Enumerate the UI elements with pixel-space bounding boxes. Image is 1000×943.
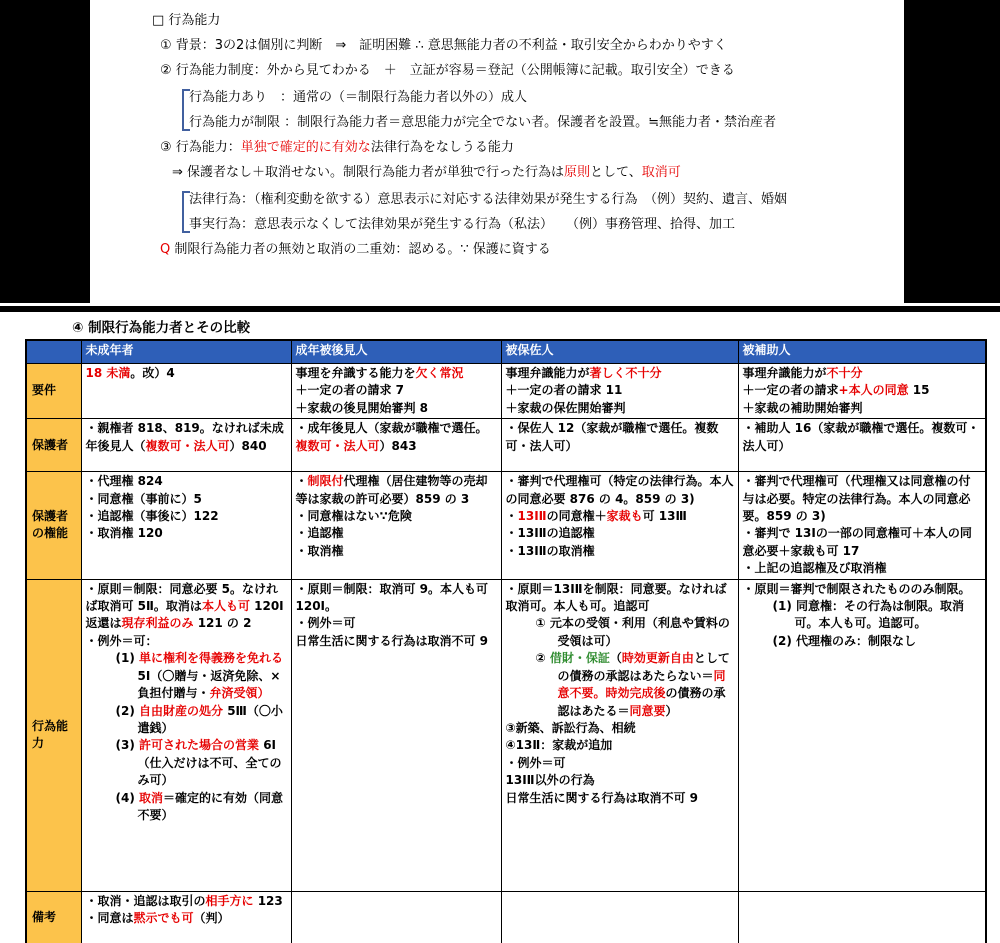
note-line: □ 行為能力 [152,8,787,33]
text-segment: ）843 [380,439,417,453]
table-cell [738,891,986,943]
cell-line: ・13ⅠⅡの追認権 [506,525,734,542]
cell-line: 事理弁識能力が不十分 [743,365,982,382]
table-cell: ・審判で代理権可（特定の法律行為。本人の同意必要 876 の 4。859 の 3… [501,472,738,579]
cell-line: (4) 取消＝確定的に有効（同意不要） [138,790,287,825]
highlighted-text: 本人も可 [202,599,250,613]
table-cell: ・補助人 16（家裁が職権で選任。複数可・法人可） [738,419,986,472]
text-segment: ⇒ 保護者なし＋取消せない。制限行為能力者が単独で行った行為は [172,165,564,180]
cell-line: 18 未満。改）4 [86,365,287,382]
cell-line: ④13Ⅱ：家裁が追加 [506,737,734,754]
text-segment: 法律行為をなしうる能力 [371,140,514,155]
text-segment: 法律行為：（権利変動を欲する）意思表示に対応する法律効果が発生する行為 （例）契… [189,192,787,207]
text-segment: 行為能力が制限 ：制限行為能力者＝意思能力が完全でない者。保護者を設置。≒無能力… [189,115,776,130]
table-row: 保護者・親権者 818、819。なければ未成年後見人（複数可・法人可）840・成… [26,419,986,472]
highlighted-text: 同意要 [630,704,666,718]
text-segment: ・同意は [86,911,134,925]
cell-line: (2) 代理権のみ：制限なし [795,633,982,650]
highlighted-text: 借財・保証 [550,651,610,665]
highlighted-text: 複数可・法人可 [296,439,380,453]
corner-header [26,340,81,364]
cell-line: 日常生活に関する行為は取消不可 9 [296,633,497,650]
highlighted-text: 自由財産の処分 [139,704,223,718]
highlighted-text: 原則 [564,165,590,180]
cell-line: ＋家裁の補助開始審判 [743,400,982,417]
text-segment: ・審判で代理権可（特定の法律行為。本人の同意必要 876 の 4。859 の 3… [506,474,734,505]
text-segment: (2) [116,704,140,718]
text-segment: 事理弁識能力が [743,366,827,380]
table-row: 要件18 未満。改）4事理を弁識する能力を欠く常況＋一定の者の請求 7＋家裁の後… [26,364,986,419]
text-segment: ・同意権（事前に）5 [86,492,202,506]
table-row: 保護者の権能・代理権 824・同意権（事前に）5・追認権（事後に）122・取消権… [26,472,986,579]
cell-line: ・成年後見人（家裁が職権で選任。複数可・法人可）843 [296,420,497,455]
text-segment: 日常生活に関する行為は取消不可 9 [296,634,489,648]
highlighted-text: 弁済受領） [210,686,270,700]
cell-line: ・審判で 13Ⅰの一部の同意権可＋本人の同意必要＋家裁も可 17 [743,525,982,560]
text-segment: ・原則＝13ⅠⅡを制限：同意要。なければ取消可。本人も可。追認可 [506,582,727,613]
highlighted-text: 取消 [139,791,163,805]
text-segment: として、 [590,165,642,180]
cell-line: ・追認権（事後に）122 [86,508,287,525]
text-segment: 事実行為：意思表示なくして法律効果が発生する行為（私法） （例）事務管理、拾得、… [189,217,735,232]
cell-line: ・保佐人 12（家裁が職権で選任。複数可・法人可） [506,420,734,455]
cell-line: ・原則＝13ⅠⅡを制限：同意要。なければ取消可。本人も可。追認可 [506,581,734,616]
text-segment: ・上記の追認権及び取消権 [743,561,887,575]
text-segment: 行為能力あり ：通常の（＝制限行為能力者以外の）成人 [189,90,527,105]
table-cell [291,891,501,943]
cell-line: ・同意権はない∵危険 [296,508,497,525]
cell-line: ・13ⅠⅡの同意権＋家裁も可 13Ⅲ [506,508,734,525]
cell-line: ① 元本の受領・利用（利息や賃料の受領は可） [558,615,734,650]
cell-line: ・例外＝可 [296,615,497,632]
comparison-table-body: 未成年者成年被後見人被保佐人被補助人要件18 未満。改）4事理を弁識する能力を欠… [26,340,986,943]
text-segment: ＋家裁の保佐開始審判 [506,401,626,415]
text-segment: 事理を弁識する能力を [296,366,416,380]
row-label: 備考 [26,891,81,943]
highlighted-text: 現存利益のみ [122,616,194,630]
column-header: 被保佐人 [501,340,738,364]
highlighted-text: Q [160,242,174,257]
highlighted-text: 欠く常況 [416,366,464,380]
text-segment: （ [610,651,622,665]
table-cell: ・成年後見人（家裁が職権で選任。複数可・法人可）843 [291,419,501,472]
column-header: 被補助人 [738,340,986,364]
note-line: ① 背景：3の2は個別に判断 ⇒ 証明困難 ∴ 意思無能力者の不利益・取引安全か… [160,33,787,58]
table-row: 備考・取消・追認は取引の相手方に 123・同意は黙示でも可（判） [26,891,986,943]
text-segment: ・追認権 [296,526,344,540]
text-segment: ・取消権 120 [86,526,163,540]
highlighted-text: 相手方に [206,894,254,908]
cell-line: (3) 許可された場合の営業 6Ⅰ（仕入だけは不可、全てのみ可） [138,737,287,789]
text-segment: ・審判で代理権可（代理権又は同意権の付与は必要。特定の法律行為。本人の同意必要。… [743,474,971,523]
text-segment: ） [666,704,678,718]
highlighted-text: +本人の同意 [839,383,909,397]
cell-line: ・取消・追認は取引の相手方に 123 [86,893,287,910]
row-label: 行為能力 [26,579,81,891]
text-segment: ① 元本の受領・利用（利息や賃料の受領は可） [536,616,730,647]
text-segment: ② [536,651,550,665]
cell-line: ・取消権 120 [86,525,287,542]
table-cell: ・原則＝審判で制限されたもののみ制限。(1) 同意権：その行為は制限。取消可。本… [738,579,986,891]
text-segment: ③新築、訴訟行為、相続 [506,721,636,735]
table-caption: ④ 制限行為能力者とその比較 [72,316,250,336]
cell-line: ・補助人 16（家裁が職権で選任。複数可・法人可） [743,420,982,455]
text-segment: ・例外＝可： [86,634,158,648]
cell-line: ③新築、訴訟行為、相続 [506,720,734,737]
table-cell: ・制限付代理権（居住建物等の売却等は家裁の許可必要）859 の 3・同意権はない… [291,472,501,579]
text-segment: ③ 行為能力： [160,140,241,155]
text-segment: ・保佐人 12（家裁が職権で選任。複数可・法人可） [506,421,719,452]
cell-line: ＋家裁の保佐開始審判 [506,400,734,417]
text-segment: ① 背景：3の2は個別に判断 ⇒ 証明困難 ∴ 意思無能力者の不利益・取引安全か… [160,38,727,53]
text-segment: (4) [116,791,140,805]
cell-line: ＋一定の者の請求 11 [506,382,734,399]
cell-line: ・例外＝可 [506,755,734,772]
row-label: 保護者 [26,419,81,472]
cell-line: ＋一定の者の請求 7 [296,382,497,399]
cell-line: ・例外＝可： [86,633,287,650]
cell-line: ・13ⅠⅡの取消権 [506,543,734,560]
text-segment: ・取消・追認は取引の [86,894,206,908]
highlighted-text: 取消可 [642,165,681,180]
text-segment: (3) [116,738,140,752]
cell-line: 事理弁識能力が著しく不十分 [506,365,734,382]
text-segment: ・取消権 [296,544,344,558]
text-segment: の同意権＋ [547,509,607,523]
text-segment: 123 [254,894,283,908]
note-line: 事実行為：意思表示なくして法律効果が発生する行為（私法） （例）事務管理、拾得、… [189,212,787,237]
comparison-table: 未成年者成年被後見人被保佐人被補助人要件18 未満。改）4事理を弁識する能力を欠… [25,339,987,943]
highlighted-text: 著しく不十分 [590,366,662,380]
cell-line: ・審判で代理権可（特定の法律行為。本人の同意必要 876 の 4。859 の 3… [506,473,734,508]
cell-line: ・原則＝制限：取消可 9。本人も可 120Ⅰ。 [296,581,497,616]
cell-line: (1) 単に権利を得義務を免れる 5Ⅰ（〇贈与・返済免除、×負担付贈与・弁済受領… [138,650,287,702]
note-line: ⇒ 保護者なし＋取消せない。制限行為能力者が単独で行った行為は原則として、取消可 [172,160,787,185]
cell-line: ・取消権 [296,543,497,560]
cell-line: 日常生活に関する行為は取消不可 9 [506,790,734,807]
text-segment: ＋一定の者の請求 [743,383,839,397]
highlighted-text: 単に権利を得義務を免れる [139,651,283,665]
text-segment: （判） [194,911,230,925]
row-label: 保護者の権能 [26,472,81,579]
table-cell: ・代理権 824・同意権（事前に）5・追認権（事後に）122・取消権 120 [81,472,291,579]
table-cell: ・保佐人 12（家裁が職権で選任。複数可・法人可） [501,419,738,472]
text-segment: 121 の 2 [194,616,252,630]
column-header: 成年被後見人 [291,340,501,364]
bracket-group: 行為能力あり ：通常の（＝制限行為能力者以外の）成人行為能力が制限 ：制限行為能… [182,85,787,135]
text-segment: ・追認権（事後に）122 [86,509,219,523]
text-segment: ② 行為能力制度：外から見てわかる ＋ 立証が容易＝登記（公開帳簿に記載。取引安… [160,63,735,78]
text-segment: ・13ⅠⅡの取消権 [506,544,595,558]
table-row: 行為能力・原則＝制限：同意必要 5。なければ取消可 5Ⅱ。取消は本人も可 120… [26,579,986,891]
table-cell: ・審判で代理権可（代理権又は同意権の付与は必要。特定の法律行為。本人の同意必要。… [738,472,986,579]
text-segment: ・同意権はない∵危険 [296,509,412,523]
text-segment: 返還は [86,616,122,630]
row-label: 要件 [26,364,81,419]
table-cell: ・原則＝13ⅠⅡを制限：同意要。なければ取消可。本人も可。追認可① 元本の受領・… [501,579,738,891]
cell-line: (1) 同意権：その行為は制限。取消可。本人も可。追認可。 [795,598,982,633]
text-segment: 120Ⅰ [250,599,284,613]
text-segment: ④13Ⅱ：家裁が追加 [506,738,613,752]
black-mask-right [904,0,1000,303]
cell-line: 13ⅠⅡ以外の行為 [506,772,734,789]
text-segment: ・補助人 16（家裁が職権で選任。複数可・法人可） [743,421,980,452]
text-segment: 13ⅠⅡ以外の行為 [506,773,595,787]
text-segment: ＋一定の者の請求 11 [506,383,623,397]
highlighted-text: 13ⅠⅡ [518,509,547,523]
table-cell: 18 未満。改）4 [81,364,291,419]
text-segment: ・原則＝制限：取消可 9。本人も可 120Ⅰ。 [296,582,489,613]
black-divider-bar [0,306,1000,312]
text-segment: 日常生活に関する行為は取消不可 9 [506,791,699,805]
highlighted-text: 時効更新自由 [622,651,694,665]
text-segment: 可 13Ⅲ [643,509,687,523]
highlighted-text: 家裁も [607,509,643,523]
highlighted-text: 不十分 [827,366,863,380]
table-cell: ・原則＝制限：取消可 9。本人も可 120Ⅰ。・例外＝可日常生活に関する行為は取… [291,579,501,891]
cell-line: ・原則＝審判で制限されたもののみ制限。 [743,581,982,598]
text-segment: ・ [506,509,518,523]
cell-line: ・原則＝制限：同意必要 5。なければ取消可 5Ⅱ。取消は本人も可 120Ⅰ [86,581,287,616]
text-segment: (2) 代理権のみ：制限なし [773,634,917,648]
text-segment: ・ [296,474,308,488]
cell-line: ・審判で代理権可（代理権又は同意権の付与は必要。特定の法律行為。本人の同意必要。… [743,473,982,525]
cell-line: ・同意は黙示でも可（判） [86,910,287,927]
text-segment: 制限行為能力者の無効と取消の二重効：認める。∵ 保護に資する [174,242,550,257]
highlighted-text: 許可された場合の営業 [139,738,259,752]
table-cell: 事理弁識能力が著しく不十分＋一定の者の請求 11＋家裁の保佐開始審判 [501,364,738,419]
table-cell: ・親権者 818、819。なければ未成年後見人（複数可・法人可）840 [81,419,291,472]
text-segment: ・原則＝審判で制限されたもののみ制限。 [743,582,971,596]
cell-line: 返還は現存利益のみ 121 の 2 [86,615,287,632]
table-cell: 事理を弁識する能力を欠く常況＋一定の者の請求 7＋家裁の後見開始審判 8 [291,364,501,419]
note-line: Q 制限行為能力者の無効と取消の二重効：認める。∵ 保護に資する [160,237,787,262]
note-line: 行為能力あり ：通常の（＝制限行為能力者以外の）成人 [189,85,787,110]
text-segment: ・審判で 13Ⅰの一部の同意権可＋本人の同意必要＋家裁も可 17 [743,526,972,557]
cell-line: ② 借財・保証（時効更新自由としての債務の承認はあたらない＝同意不要。時効完成後… [558,650,734,720]
cell-line: ・同意権（事前に）5 [86,491,287,508]
text-segment: ・例外＝可 [506,756,566,770]
text-segment: ）840 [230,439,267,453]
table-cell: 事理弁識能力が不十分＋一定の者の請求+本人の同意 15＋家裁の補助開始審判 [738,364,986,419]
text-segment: ・例外＝可 [296,616,356,630]
text-segment: 。改）4 [130,366,174,380]
text-segment: ＋家裁の補助開始審判 [743,401,863,415]
text-segment: ＋一定の者の請求 7 [296,383,405,397]
text-segment: ・代理権 824 [86,474,163,488]
highlighted-text: 単独で確定的に有効な [241,140,371,155]
cell-line: ・代理権 824 [86,473,287,490]
cell-line: ・追認権 [296,525,497,542]
cell-line: ・制限付代理権（居住建物等の売却等は家裁の許可必要）859 の 3 [296,473,497,508]
table-cell: ・取消・追認は取引の相手方に 123・同意は黙示でも可（判） [81,891,291,943]
cell-line: 事理を弁識する能力を欠く常況 [296,365,497,382]
highlighted-text: 黙示でも可 [134,911,194,925]
note-line: ② 行為能力制度：外から見てわかる ＋ 立証が容易＝登記（公開帳簿に記載。取引安… [160,58,787,83]
cell-line: ・上記の追認権及び取消権 [743,560,982,577]
column-header: 未成年者 [81,340,291,364]
cell-line: ・親権者 818、819。なければ未成年後見人（複数可・法人可）840 [86,420,287,455]
highlighted-text: 制限付 [308,474,344,488]
cell-line: (2) 自由財産の処分 5Ⅲ（〇小遣銭） [138,703,287,738]
text-segment: □ 行為能力 [152,13,220,28]
table-cell [501,891,738,943]
cell-line: ＋一定の者の請求+本人の同意 15 [743,382,982,399]
note-line: 行為能力が制限 ：制限行為能力者＝意思能力が完全でない者。保護者を設置。≒無能力… [189,110,787,135]
highlighted-text: 複数可・法人可 [146,439,230,453]
note-line: 法律行為：（権利変動を欲する）意思表示に対応する法律効果が発生する行為 （例）契… [189,187,787,212]
bracket-group: 法律行為：（権利変動を欲する）意思表示に対応する法律効果が発生する行為 （例）契… [182,187,787,237]
note-line: ③ 行為能力：単独で確定的に有効な法律行為をなしうる能力 [160,135,787,160]
text-segment: (1) [116,651,140,665]
highlighted-text: 18 未満 [86,366,131,380]
text-segment: ・成年後見人（家裁が職権で選任。 [296,421,488,435]
text-segment: 15 [909,383,930,397]
text-segment: 事理弁識能力が [506,366,590,380]
notes-section: □ 行為能力① 背景：3の2は個別に判断 ⇒ 証明困難 ∴ 意思無能力者の不利益… [0,8,787,262]
text-segment: (1) 同意権：その行為は制限。取消可。本人も可。追認可。 [773,599,965,630]
text-segment: ・13ⅠⅡの追認権 [506,526,595,540]
table-cell: ・原則＝制限：同意必要 5。なければ取消可 5Ⅱ。取消は本人も可 120Ⅰ返還は… [81,579,291,891]
text-segment: ＋家裁の後見開始審判 8 [296,401,429,415]
cell-line: ＋家裁の後見開始審判 8 [296,400,497,417]
document-page: □ 行為能力① 背景：3の2は個別に判断 ⇒ 証明困難 ∴ 意思無能力者の不利益… [0,0,1000,943]
